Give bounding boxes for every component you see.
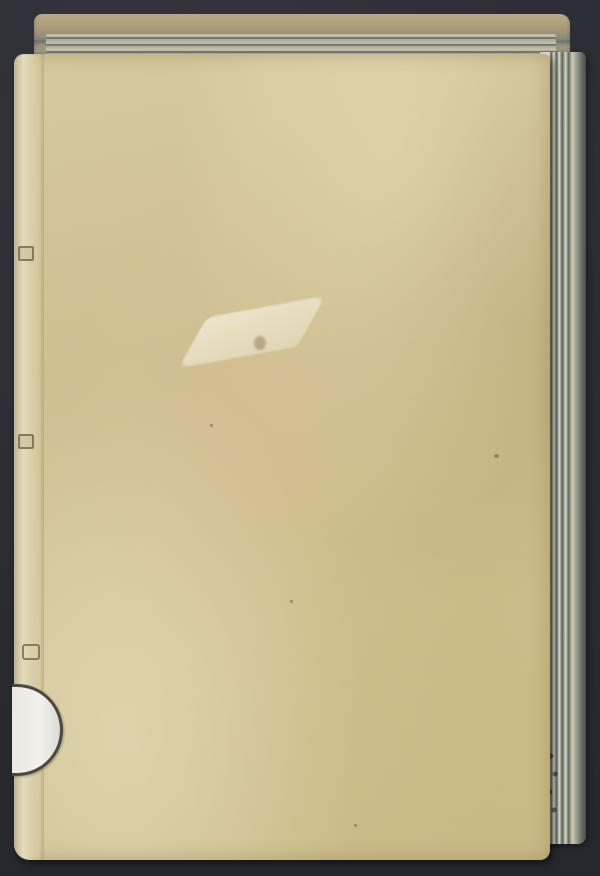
vellum-front-cover: [14, 54, 550, 860]
spine-tie-bottom: [22, 644, 40, 660]
book-head-edge: [34, 14, 570, 58]
worn-dent: [254, 336, 266, 350]
speck: [290, 600, 293, 603]
speck: [494, 454, 499, 458]
head-page-edges: [46, 34, 556, 54]
spine-tie-upper: [18, 246, 34, 261]
worn-patch: [178, 296, 326, 368]
spine-shelf-label: [12, 684, 63, 776]
speck: [210, 424, 213, 427]
speck: [354, 824, 357, 827]
spine-tie-lower: [18, 434, 34, 449]
